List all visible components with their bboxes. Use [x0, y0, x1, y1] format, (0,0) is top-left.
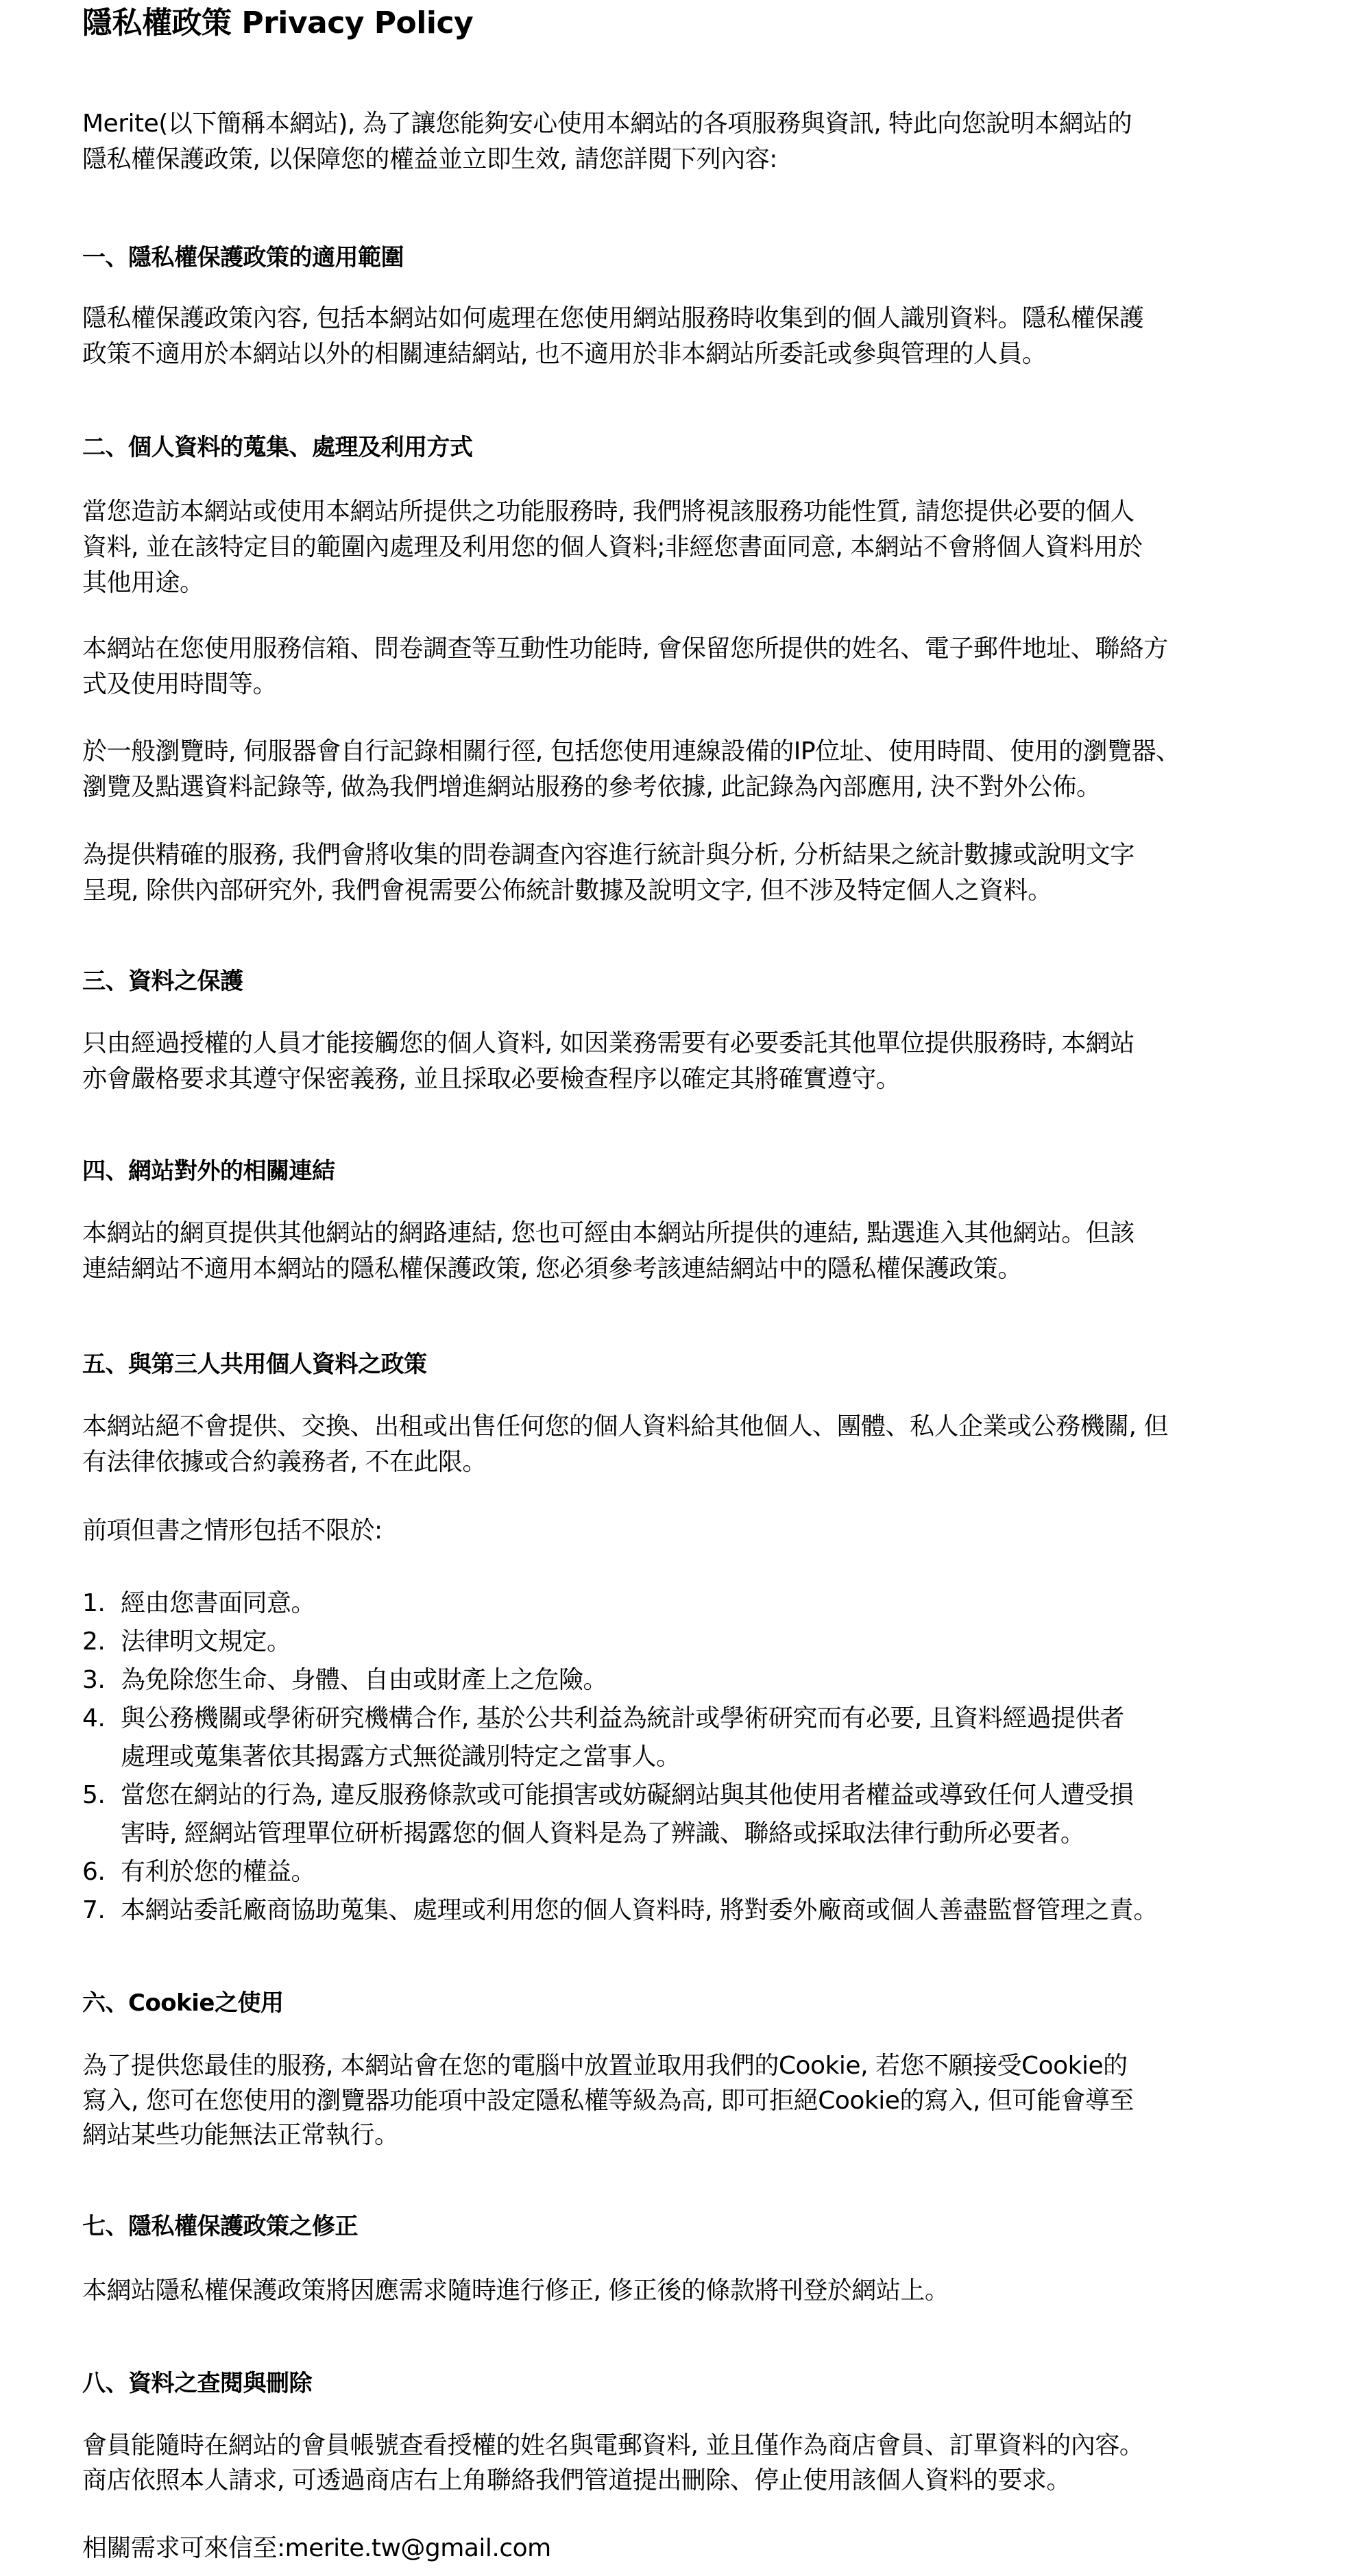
- section-5-line: 本網站絕不會提供、交換、出租或出售任何您的個人資料給其他個人、團體、私人企業或公…: [82, 1410, 1168, 1444]
- list-number: 1.: [82, 1586, 121, 1621]
- section-heading-external-links: 四、網站對外的相關連結: [82, 1155, 335, 1187]
- list-number: 5.: [82, 1778, 121, 1813]
- section-heading-collection: 二、個人資料的蒐集、處理及利用方式: [82, 432, 473, 463]
- list-item-continuation: 處理或蒐集著依其揭露方式無從識別特定之當事人。: [121, 1740, 681, 1774]
- section-2-line: 本網站在您使用服務信箱、問卷調查等互動性功能時, 會保留您所提供的姓名、電子郵件…: [82, 632, 1168, 666]
- section-6-line: 寫入, 您可在您使用的瀏覽器功能項中設定隱私權等級為高, 即可拒絕Cookie的…: [82, 2084, 1134, 2118]
- list-number: 2.: [82, 1625, 121, 1659]
- contact-label: 相關需求可來信至:: [82, 2534, 285, 2562]
- section-7-line: 本網站隱私權保護政策將因應需求隨時進行修正, 修正後的條款將刊登於網站上。: [82, 2274, 949, 2308]
- section-2-line: 當您造訪本網站或使用本網站所提供之功能服務時, 我們將視該服務功能性質, 請您提…: [82, 495, 1135, 529]
- section-4-line: 連結網站不適用本網站的隱私權保護政策, 您必須參考該連結網站中的隱私權保護政策。: [82, 1252, 1022, 1286]
- intro-line: 隱私權保護政策, 以保障您的權益並立即生效, 請您詳閱下列內容:: [82, 143, 777, 177]
- section-6-line: 為了提供您最佳的服務, 本網站會在您的電腦中放置並取用我們的Cookie, 若您…: [82, 2049, 1128, 2083]
- contact-email[interactable]: merite.tw@gmail.com: [285, 2534, 551, 2562]
- section-heading-amendment: 七、隱私權保護政策之修正: [82, 2211, 358, 2242]
- list-item: 3.為免除您生命、身體、自由或財產上之危險。: [82, 1663, 607, 1697]
- list-item: 6.有利於您的權益。: [82, 1855, 315, 1889]
- section-5-line: 前項但書之情形包括不限於:: [82, 1514, 383, 1548]
- list-item: 5.當您在網站的行為, 違反服務條款或可能損害或妨礙網站與其他使用者權益或導致任…: [82, 1778, 1133, 1813]
- section-heading-access-deletion: 八、資料之查閱與刪除: [82, 2368, 312, 2399]
- section-2-line: 為提供精確的服務, 我們會將收集的問卷調查內容進行統計與分析, 分析結果之統計數…: [82, 838, 1135, 872]
- section-6-line: 網站某些功能無法正常執行。: [82, 2118, 399, 2152]
- section-1-line: 政策不適用於本網站以外的相關連結網站, 也不適用於非本網站所委託或參與管理的人員…: [82, 337, 1046, 371]
- list-number: 7.: [82, 1893, 121, 1928]
- section-heading-third-party: 五、與第三人共用個人資料之政策: [82, 1349, 427, 1380]
- list-text: 為免除您生命、身體、自由或財產上之危險。: [121, 1666, 607, 1694]
- list-text: 當您在網站的行為, 違反服務條款或可能損害或妨礙網站與其他使用者權益或導致任何人…: [121, 1781, 1133, 1809]
- section-2-line: 呈現, 除供內部研究外, 我們會視需要公佈統計數據及說明文字, 但不涉及特定個人…: [82, 874, 1052, 908]
- list-number: 6.: [82, 1855, 121, 1889]
- list-text: 與公務機關或學術研究機構合作, 基於公共利益為統計或學術研究而有必要, 且資料經…: [121, 1704, 1124, 1732]
- section-2-line: 資料, 並在該特定目的範圍內處理及利用您的個人資料;非經您書面同意, 本網站不會…: [82, 530, 1142, 565]
- section-2-line: 於一般瀏覽時, 伺服器會自行記錄相關行徑, 包括您使用連線設備的IP位址、使用時…: [82, 735, 1180, 769]
- list-item: 7.本網站委託廠商協助蒐集、處理或利用您的個人資料時, 將對委外廠商或個人善盡監…: [82, 1893, 1158, 1928]
- page-title: 隱私權政策 Privacy Policy: [82, 5, 473, 41]
- section-heading-scope: 一、隱私權保護政策的適用範圍: [82, 242, 404, 273]
- list-text: 經由您書面同意。: [121, 1589, 315, 1617]
- section-1-line: 隱私權保護政策內容, 包括本網站如何處理在您使用網站服務時收集到的個人識別資料。…: [82, 302, 1143, 336]
- section-8-line: 商店依照本人請求, 可透過商店右上角聯絡我們管道提出刪除、停止使用該個人資料的要…: [82, 2464, 1071, 2498]
- section-2-line: 瀏覽及點選資料記錄等, 做為我們增進網站服務的參考依據, 此記錄為內部應用, 決…: [82, 770, 1101, 805]
- list-item: 4.與公務機關或學術研究機構合作, 基於公共利益為統計或學術研究而有必要, 且資…: [82, 1702, 1124, 1736]
- section-2-line: 式及使用時間等。: [82, 667, 277, 702]
- section-2-line: 其他用途。: [82, 566, 204, 600]
- list-number: 3.: [82, 1663, 121, 1697]
- section-heading-protection: 三、資料之保護: [82, 966, 243, 997]
- section-3-line: 亦會嚴格要求其遵守保密義務, 並且採取必要檢查程序以確定其將確實遵守。: [82, 1062, 900, 1096]
- list-number: 4.: [82, 1702, 121, 1736]
- section-8-line: 會員能隨時在網站的會員帳號查看授權的姓名與電郵資料, 並且僅作為商店會員、訂單資…: [82, 2429, 1143, 2463]
- section-4-line: 本網站的網頁提供其他網站的網路連結, 您也可經由本網站所提供的連結, 點選進入其…: [82, 1216, 1135, 1251]
- list-text: 法律明文規定。: [121, 1628, 291, 1656]
- intro-line: Merite(以下簡稱本網站), 為了讓您能夠安心使用本網站的各項服務與資訊, …: [82, 107, 1132, 141]
- list-item-continuation: 害時, 經網站管理單位研析揭露您的個人資料是為了辨識、聯絡或採取法律行動所必要者…: [121, 1817, 1084, 1851]
- section-heading-cookie: 六、Cookie之使用: [82, 1987, 284, 2019]
- section-3-line: 只由經過授權的人員才能接觸您的個人資料, 如因業務需要有必要委託其他單位提供服務…: [82, 1027, 1135, 1061]
- contact-line: 相關需求可來信至:merite.tw@gmail.com: [82, 2531, 551, 2566]
- list-item: 2.法律明文規定。: [82, 1625, 291, 1659]
- list-text: 有利於您的權益。: [121, 1858, 315, 1886]
- list-text: 本網站委託廠商協助蒐集、處理或利用您的個人資料時, 將對委外廠商或個人善盡監督管…: [121, 1896, 1158, 1924]
- list-item: 1.經由您書面同意。: [82, 1586, 315, 1621]
- section-5-line: 有法律依據或合約義務者, 不在此限。: [82, 1445, 487, 1480]
